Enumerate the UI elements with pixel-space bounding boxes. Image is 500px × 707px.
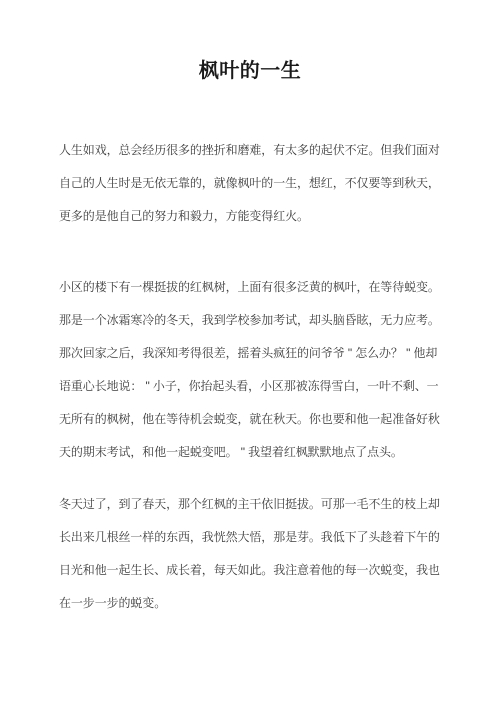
text-line: 在一步一步的蜕变。 xyxy=(59,587,445,620)
text-line: 人生如戏，总会经历很多的挫折和磨难，有太多的起伏不定。但我们面对 xyxy=(59,134,445,167)
text-line: 长出来几根丝一样的东西，我恍然大悟，那是芽。我低下了头趁着下午的 xyxy=(59,521,445,554)
text-line: 那次回家之后，我深知考得很差，摇着头疯狂的问爷爷 " 怎么办？ " 他却 xyxy=(59,337,445,370)
document-title: 枫叶的一生 xyxy=(0,58,500,84)
text-line: 天的期末考试，和他一起蜕变吧。 " 我望着红枫默默地点了点头。 xyxy=(59,436,445,469)
text-line: 自己的人生时是无依无靠的，就像枫叶的一生，想红，不仅要等到秋天， xyxy=(59,167,445,200)
paragraph-intro: 人生如戏，总会经历很多的挫折和磨难，有太多的起伏不定。但我们面对自己的人生时是无… xyxy=(59,134,445,233)
text-line: 冬天过了，到了春天，那个红枫的主干依旧挺拔。可那一毛不生的枝上却 xyxy=(59,488,445,521)
text-line: 无所有的枫树，他在等待机会蜕变，就在秋天。你也要和他一起准备好秋 xyxy=(59,403,445,436)
text-line: 小区的楼下有一棵挺拔的红枫树，上面有很多泛黄的枫叶，在等待蜕变。 xyxy=(59,271,445,304)
text-line: 日光和他一起生长、成长着，每天如此。我注意着他的每一次蜕变，我也 xyxy=(59,554,445,587)
text-line: 那是一个冰霜寒冷的冬天，我到学校参加考试，却头脑昏眩，无力应考。 xyxy=(59,304,445,337)
paragraph-conclusion: 冬天过了，到了春天，那个红枫的主干依旧挺拔。可那一毛不生的枝上却长出来几根丝一样… xyxy=(59,488,445,620)
paragraph-story: 小区的楼下有一棵挺拔的红枫树，上面有很多泛黄的枫叶，在等待蜕变。那是一个冰霜寒冷… xyxy=(59,271,445,469)
document-page: 枫叶的一生 人生如戏，总会经历很多的挫折和磨难，有太多的起伏不定。但我们面对自己… xyxy=(0,0,500,707)
text-line: 更多的是他自己的努力和毅力，方能变得红火。 xyxy=(59,200,445,233)
text-line: 语重心长地说： " 小子，你抬起头看，小区那被冻得雪白，一叶不剩、一 xyxy=(59,370,445,403)
